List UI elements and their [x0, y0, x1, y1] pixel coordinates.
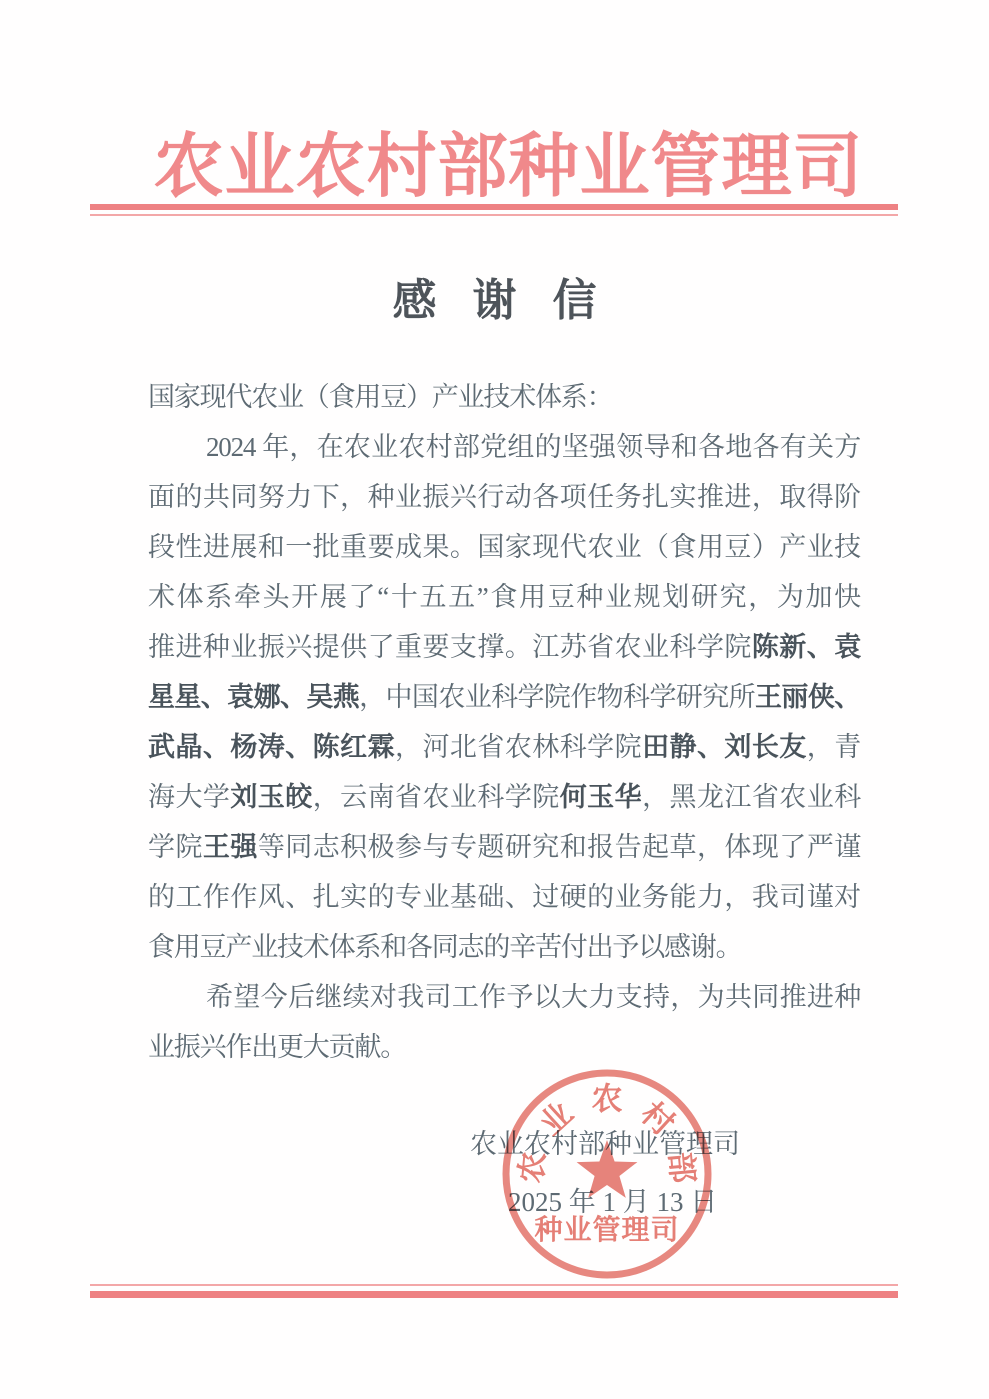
body-line: 术体系牵头开展了“十五五”食用豆种业规划研究，为加快 [148, 572, 860, 622]
body-text: 海大学 [148, 782, 230, 812]
body-text: 食用豆产业技术体系和各同志的辛苦付出予以感谢。 [148, 932, 741, 962]
body-text: 希望今后继续对我司工作予以大力支持，为共同推进种 [206, 982, 860, 1012]
body-line: 希望今后继续对我司工作予以大力支持，为共同推进种 [148, 972, 860, 1022]
body-text: ，中国农业科学院作物科学研究所 [359, 682, 755, 712]
body-line: 2024 年，在农业农村部党组的坚强领导和各地各有关方 [148, 422, 860, 472]
body-text: 国家现代农业（食用豆）产业技术体系： [148, 382, 612, 412]
letterhead-title: 农业农村部种业管理司 [14, 110, 989, 211]
footer-rule-thick [90, 1291, 898, 1298]
signature-date: 2025 年 1 月 13 日 [508, 1180, 717, 1219]
body-line: 国家现代农业（食用豆）产业技术体系： [148, 372, 860, 422]
body-line: 食用豆产业技术体系和各同志的辛苦付出予以感谢。 [148, 922, 860, 972]
body-line: 学院王强等同志积极参与专题研究和报告起草，体现了严谨 [148, 822, 860, 872]
body-text: 推进种业振兴提供了重要支撑。江苏省农业科学院 [148, 632, 752, 662]
official-seal: 农业农村部 种业管理司 [497, 1064, 717, 1284]
person-name: 王丽侠、 [755, 682, 860, 712]
footer-rule-thin [90, 1284, 898, 1286]
body-text: ，黑龙江省农业科 [642, 782, 860, 812]
body-text: ，云南省农业科学院 [313, 782, 560, 812]
body-text: 等同志积极参与专题研究和报告起草，体现了严谨 [258, 832, 860, 862]
body-line: 推进种业振兴提供了重要支撑。江苏省农业科学院陈新、袁 [148, 622, 860, 672]
letter-page: 农业农村部种业管理司 感谢信 国家现代农业（食用豆）产业技术体系：2024 年，… [0, 0, 989, 1399]
body-text: 段性进展和一批重要成果。国家现代农业（食用豆）产业技 [148, 532, 860, 562]
body-line: 面的共同努力下，种业振兴行动各项任务扎实推进，取得阶 [148, 472, 860, 522]
body-line: 的工作作风、扎实的专业基础、过硬的业务能力，我司谨对 [148, 872, 860, 922]
body-text: 面的共同努力下，种业振兴行动各项任务扎实推进，取得阶 [148, 482, 860, 512]
body-text: 术体系牵头开展了“十五五”食用豆种业规划研究，为加快 [148, 582, 860, 612]
body-line: 海大学刘玉皎，云南省农业科学院何玉华，黑龙江省农业科 [148, 772, 860, 822]
body-text: 的工作作风、扎实的专业基础、过硬的业务能力，我司谨对 [148, 882, 860, 912]
body-text: ，青 [807, 732, 860, 762]
header-rule-thick [90, 204, 898, 210]
person-name: 武晶、杨涛、陈红霖 [148, 732, 395, 762]
letter-body: 国家现代农业（食用豆）产业技术体系：2024 年，在农业农村部党组的坚强领导和各… [148, 372, 860, 1072]
person-name: 刘玉皎 [230, 782, 312, 812]
header-rule-thin [90, 214, 898, 216]
person-name: 星星、袁娜、吴燕 [148, 682, 359, 712]
body-line: 星星、袁娜、吴燕，中国农业科学院作物科学研究所王丽侠、 [148, 672, 860, 722]
body-line: 武晶、杨涛、陈红霖，河北省农林科学院田静、刘长友，青 [148, 722, 860, 772]
seal-arc-char: 农 [592, 1082, 623, 1117]
person-name: 田静、刘长友 [642, 732, 807, 762]
body-text: 学院 [148, 832, 203, 862]
body-text: ，河北省农林科学院 [395, 732, 642, 762]
person-name: 王强 [203, 832, 258, 862]
person-name: 陈新、袁 [752, 632, 860, 662]
body-line: 段性进展和一批重要成果。国家现代农业（食用豆）产业技 [148, 522, 860, 572]
seal-ring-circle [506, 1073, 708, 1275]
signature-org: 农业农村部种业管理司 [470, 1122, 740, 1161]
body-line: 业振兴作出更大贡献。 [148, 1022, 860, 1072]
body-text: 业振兴作出更大贡献。 [148, 1032, 406, 1062]
body-text: 2024 年，在农业农村部党组的坚强领导和各地各有关方 [206, 432, 860, 462]
letter-title: 感谢信 [0, 264, 989, 328]
person-name: 何玉华 [560, 782, 642, 812]
